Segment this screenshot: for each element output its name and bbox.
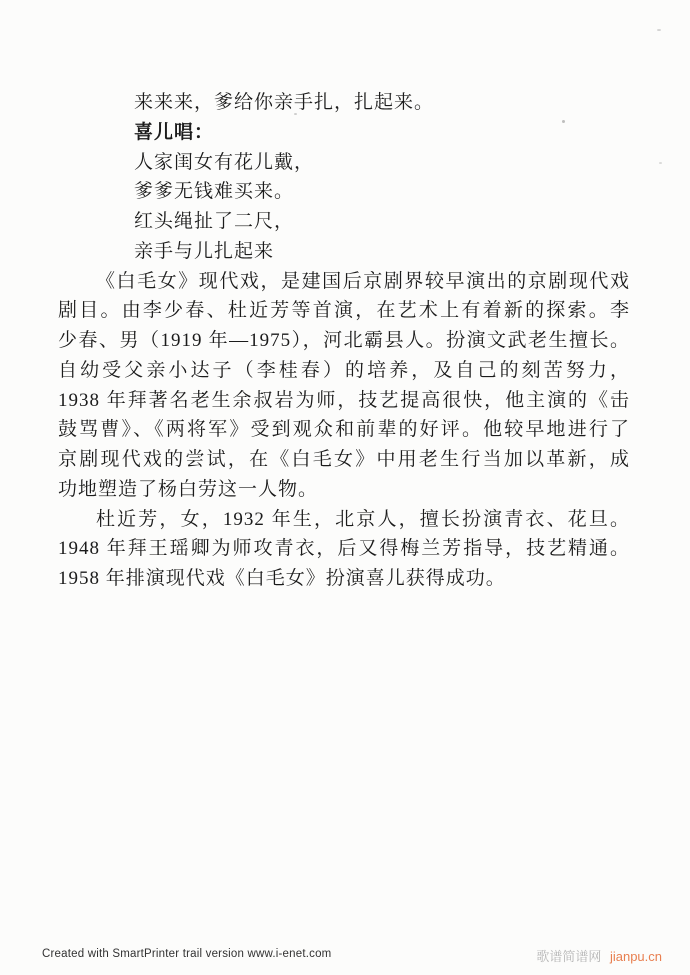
verse-speaker-label: 喜儿唱： xyxy=(134,118,630,148)
verse-line: 红头绳扯了二尺， xyxy=(134,207,630,237)
verse-line: 来来来，爹给你亲手扎，扎起来。 xyxy=(134,88,630,118)
paragraph-line: 自幼受父亲小达子（李桂春）的培养，及自己的刻苦努力， xyxy=(58,356,630,386)
paragraph-line: 杜近芳，女，1932 年生，北京人，擅长扮演青衣、花旦。 xyxy=(58,505,630,535)
site-credit: 歌谱简谱网 jianpu.cn xyxy=(536,946,662,965)
page-body: 来来来，爹给你亲手扎，扎起来。 喜儿唱： 人家闺女有花儿戴， 爹爹无钱难买来。 … xyxy=(58,88,630,594)
paragraph-line: 1938 年拜著名老生余叔岩为师，技艺提高很快，他主演的《击 xyxy=(58,386,630,416)
verse-line: 人家闺女有花儿戴， xyxy=(134,148,630,178)
paragraph-line: 京剧现代戏的尝试，在《白毛女》中用老生行当加以革新，成 xyxy=(58,445,630,475)
document-page: 来来来，爹给你亲手扎，扎起来。 喜儿唱： 人家闺女有花儿戴， 爹爹无钱难买来。 … xyxy=(0,0,690,975)
scan-speck xyxy=(659,162,662,164)
site-name: 歌谱简谱网 xyxy=(536,949,601,964)
scan-speck xyxy=(657,29,661,31)
paragraph-line: 少春、男（1919 年—1975），河北霸县人。扮演文武老生擅长。 xyxy=(58,326,630,356)
paragraph-line: 鼓骂曹》、《两将军》受到观众和前辈的好评。他较早地进行了 xyxy=(58,415,630,445)
paragraph-line: 剧目。由李少春、杜近芳等首演，在艺术上有着新的探索。李 xyxy=(58,296,630,326)
site-link[interactable]: jianpu.cn xyxy=(610,949,662,964)
paragraph-line: 1948 年拜王瑶卿为师攻青衣，后又得梅兰芳指导，技艺精通。 xyxy=(58,534,630,564)
verse-block: 来来来，爹给你亲手扎，扎起来。 喜儿唱： 人家闺女有花儿戴， 爹爹无钱难买来。 … xyxy=(58,88,630,267)
scan-speck xyxy=(294,113,297,115)
paragraph-libaoshun: 《白毛女》现代戏，是建国后京剧界较早演出的京剧现代戏 剧目。由李少春、杜近芳等首… xyxy=(58,267,630,505)
paragraph-line: 《白毛女》现代戏，是建国后京剧界较早演出的京剧现代戏 xyxy=(58,267,630,297)
paragraph-line: 1958 年排演现代戏《白毛女》扮演喜儿获得成功。 xyxy=(58,564,630,594)
scan-speck xyxy=(562,120,565,123)
paragraph-line: 功地塑造了杨白劳这一人物。 xyxy=(58,475,630,505)
paragraph-dujinfang: 杜近芳，女，1932 年生，北京人，擅长扮演青衣、花旦。 1948 年拜王瑶卿为… xyxy=(58,505,630,594)
verse-line: 爹爹无钱难买来。 xyxy=(134,177,630,207)
page-footer: Created with SmartPrinter trail version … xyxy=(0,946,690,966)
smartprinter-watermark: Created with SmartPrinter trail version … xyxy=(42,948,331,960)
verse-line: 亲手与儿扎起来 xyxy=(134,237,630,267)
scan-speck xyxy=(611,396,614,399)
